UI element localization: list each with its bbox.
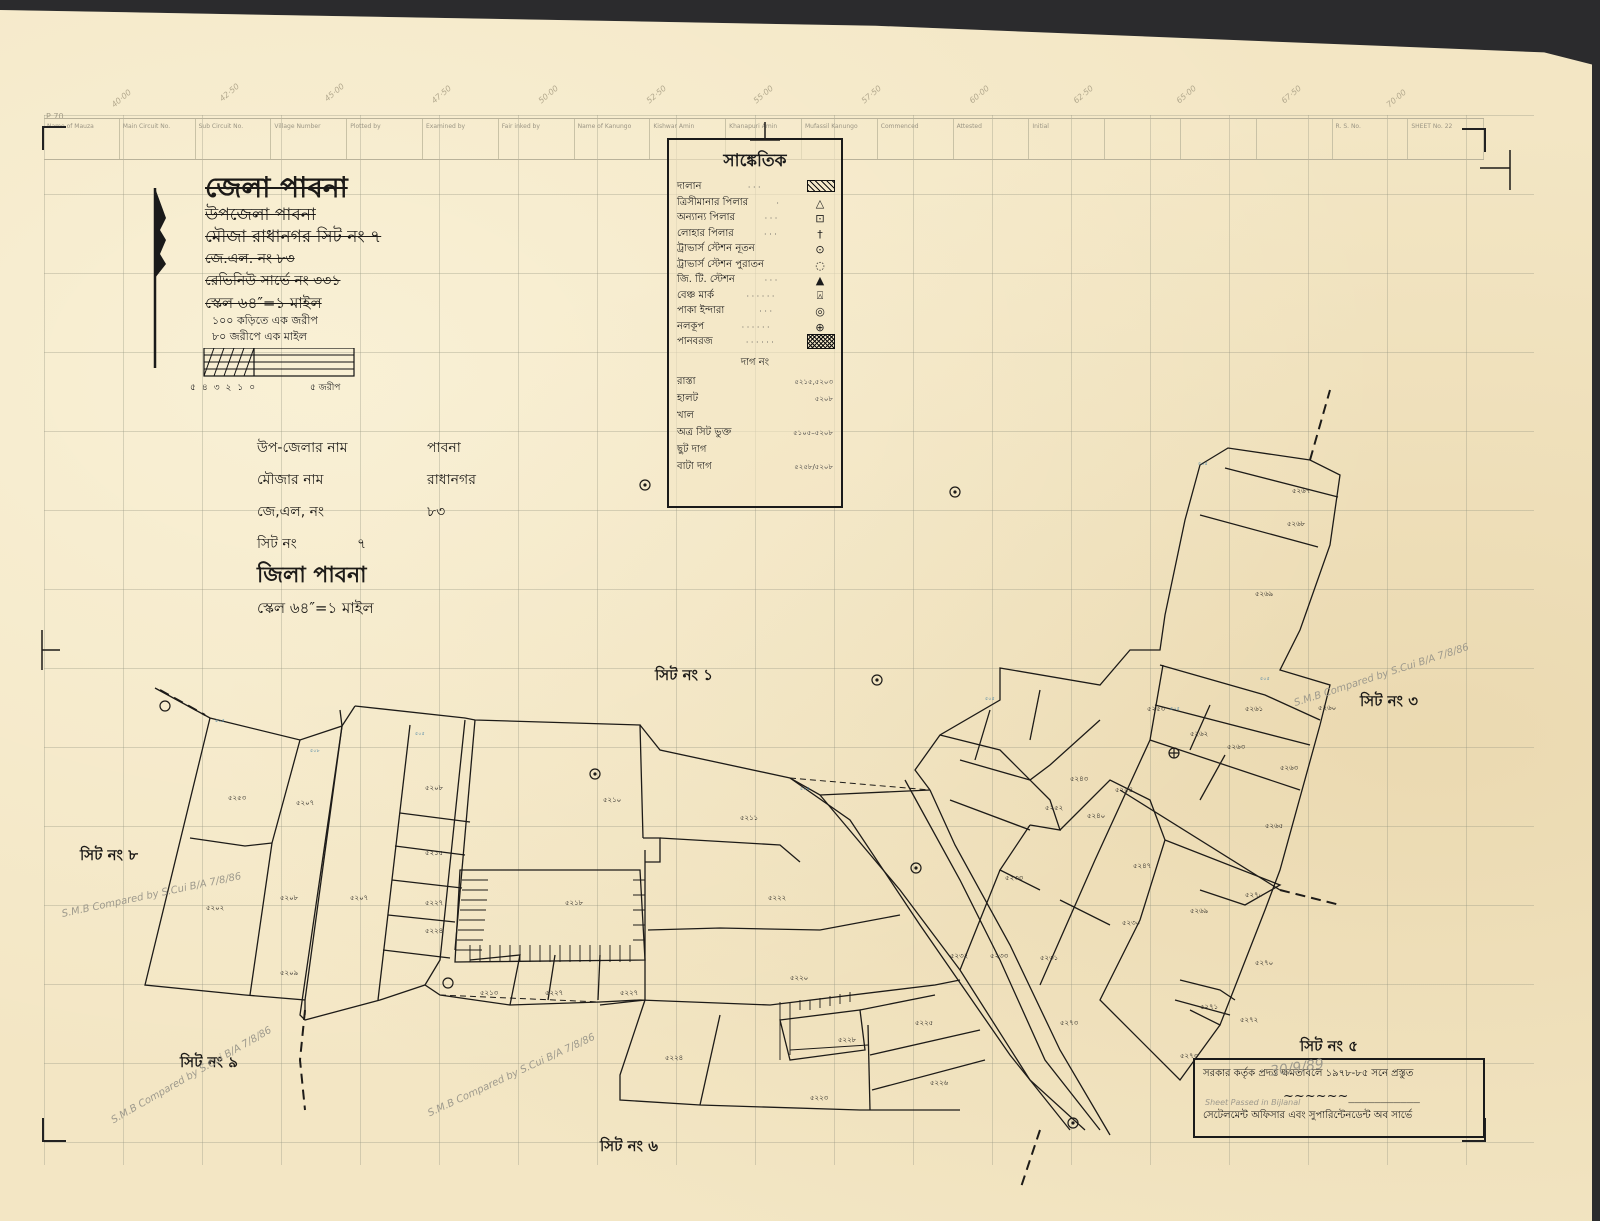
svg-text:৫২৬৭: ৫২৬৭ — [1292, 487, 1310, 495]
svg-text:৫২১১: ৫২১১ — [740, 814, 758, 822]
svg-text:৫২৬৫: ৫২৬৫ — [1265, 822, 1283, 830]
signature: ~~~~~~___________ — [1283, 1089, 1475, 1104]
svg-text:৫০৫: ৫০৫ — [1198, 461, 1208, 467]
svg-text:৫২২৭: ৫২২৭ — [620, 989, 638, 997]
svg-text:৫২১০: ৫২১০ — [603, 796, 621, 804]
adjacent-sheet-north: সিট নং ১ — [655, 664, 713, 689]
plot-number: ৫২৫৩ — [228, 794, 247, 802]
svg-text:৫২৩১: ৫২৩১ — [1040, 954, 1058, 962]
svg-text:৫২৪৭: ৫২৪৭ — [1133, 862, 1151, 870]
svg-text:৫২২৭: ৫২২৭ — [425, 899, 443, 907]
svg-text:৫২৬৩: ৫২৬৩ — [1280, 764, 1299, 772]
svg-text:৫২৬০: ৫২৬০ — [1318, 704, 1336, 712]
svg-text:৫২৩৩: ৫২৩৩ — [990, 952, 1009, 960]
svg-text:৫২১৫: ৫২১৫ — [425, 849, 443, 857]
svg-text:৫২৬৯: ৫২৬৯ — [1190, 907, 1209, 915]
svg-text:৫২৬৮: ৫২৬৮ — [1287, 520, 1306, 528]
svg-text:৫২৬৯: ৫২৬৯ — [1255, 590, 1274, 598]
svg-text:৫০৫: ৫০৫ — [415, 731, 425, 737]
svg-text:৫২০৮: ৫২০৮ — [280, 894, 299, 902]
svg-text:৫২৫২: ৫২৫২ — [1045, 804, 1063, 812]
svg-text:৫২৭১: ৫২৭১ — [1200, 1003, 1218, 1011]
svg-text:৫২২২: ৫২২২ — [768, 894, 786, 902]
svg-text:৫২২৫: ৫২২৫ — [915, 1019, 933, 1027]
svg-text:৫২০৭: ৫২০৭ — [296, 799, 314, 807]
svg-text:৫২৩২: ৫২৩২ — [950, 952, 968, 960]
svg-text:৫২৬২: ৫২৬২ — [1190, 730, 1208, 738]
svg-text:৫২০২: ৫২০২ — [206, 904, 224, 912]
svg-text:৫০৫: ৫০৫ — [1260, 676, 1270, 682]
svg-text:৫২৫৪: ৫২৫৪ — [1115, 786, 1133, 794]
svg-text:৫২১৮: ৫২১৮ — [565, 899, 584, 907]
svg-text:৫২৭০: ৫২৭০ — [1245, 891, 1263, 899]
svg-text:৫২২০: ৫২২০ — [790, 974, 808, 982]
svg-text:৫০৫: ৫০৫ — [800, 786, 810, 792]
svg-text:৫২২৪: ৫২২৪ — [665, 1054, 683, 1062]
svg-text:৫২৭৩: ৫২৭৩ — [1060, 1019, 1079, 1027]
adjacent-sheet-southeast: সিট নং ৫ — [1300, 1035, 1358, 1060]
certificate-line-1: সরকার কর্তৃক প্রদত্ত ক্ষমতাবলে ১৯৭৮-৮৫ স… — [1203, 1066, 1475, 1083]
pencil-note: Sheet Passed in Bijlanal — [1205, 1098, 1300, 1107]
adjacent-sheet-east: সিট নং ৩ — [1360, 690, 1418, 715]
svg-text:৫২২৩: ৫২২৩ — [810, 1094, 829, 1102]
svg-text:৫২২৬: ৫২২৬ — [930, 1079, 949, 1087]
svg-text:৫২২৪: ৫২২৪ — [425, 927, 443, 935]
svg-text:৫২০৯: ৫২০৯ — [280, 969, 299, 977]
adjacent-sheet-west: সিট নং ৮ — [80, 844, 138, 869]
svg-text:৫২৭২: ৫২৭২ — [1240, 1016, 1258, 1024]
svg-text:৫২৬১: ৫২৬১ — [1245, 705, 1263, 713]
svg-text:৫২৪০: ৫২৪০ — [1087, 812, 1105, 820]
svg-text:৫২৭০: ৫২৭০ — [1255, 959, 1273, 967]
svg-text:৫২৬৩: ৫২৬৩ — [1227, 743, 1246, 751]
svg-text:৫২২৮: ৫২২৮ — [838, 1036, 857, 1044]
svg-text:৫২৩০: ৫২৩০ — [1122, 919, 1140, 927]
svg-text:৫২৫৩: ৫২৫৩ — [1147, 705, 1166, 713]
svg-text:৫২০৭: ৫২০৭ — [350, 894, 368, 902]
certificate-line-2: সেটেলমেন্ট অফিসার এবং সুপারিন্টেনডেন্ট অ… — [1203, 1108, 1475, 1125]
svg-text:৫০৫: ৫০৫ — [1170, 706, 1180, 712]
cadastral-map: ৫২৫৩ ৫২০৭ ৫২০২ ৫২০৮ ৫২১০ ৫২০৭ ৫২১৫ ৫২২৭ … — [0, 0, 1600, 1221]
svg-text:৫০৫: ৫০৫ — [215, 718, 225, 724]
svg-text:৫২৪৩: ৫২৪৩ — [1070, 775, 1089, 783]
svg-text:৫২৩৩: ৫২৩৩ — [1005, 874, 1024, 882]
svg-text:৫২২৭: ৫২২৭ — [545, 989, 563, 997]
svg-text:৫০৫: ৫০৫ — [985, 696, 995, 702]
svg-text:৫২০৮: ৫২০৮ — [425, 784, 444, 792]
svg-text:৫০৮: ৫০৮ — [310, 748, 320, 754]
adjacent-sheet-south: সিট নং ৬ — [600, 1135, 658, 1160]
svg-text:৫২১৩: ৫২১৩ — [480, 989, 499, 997]
